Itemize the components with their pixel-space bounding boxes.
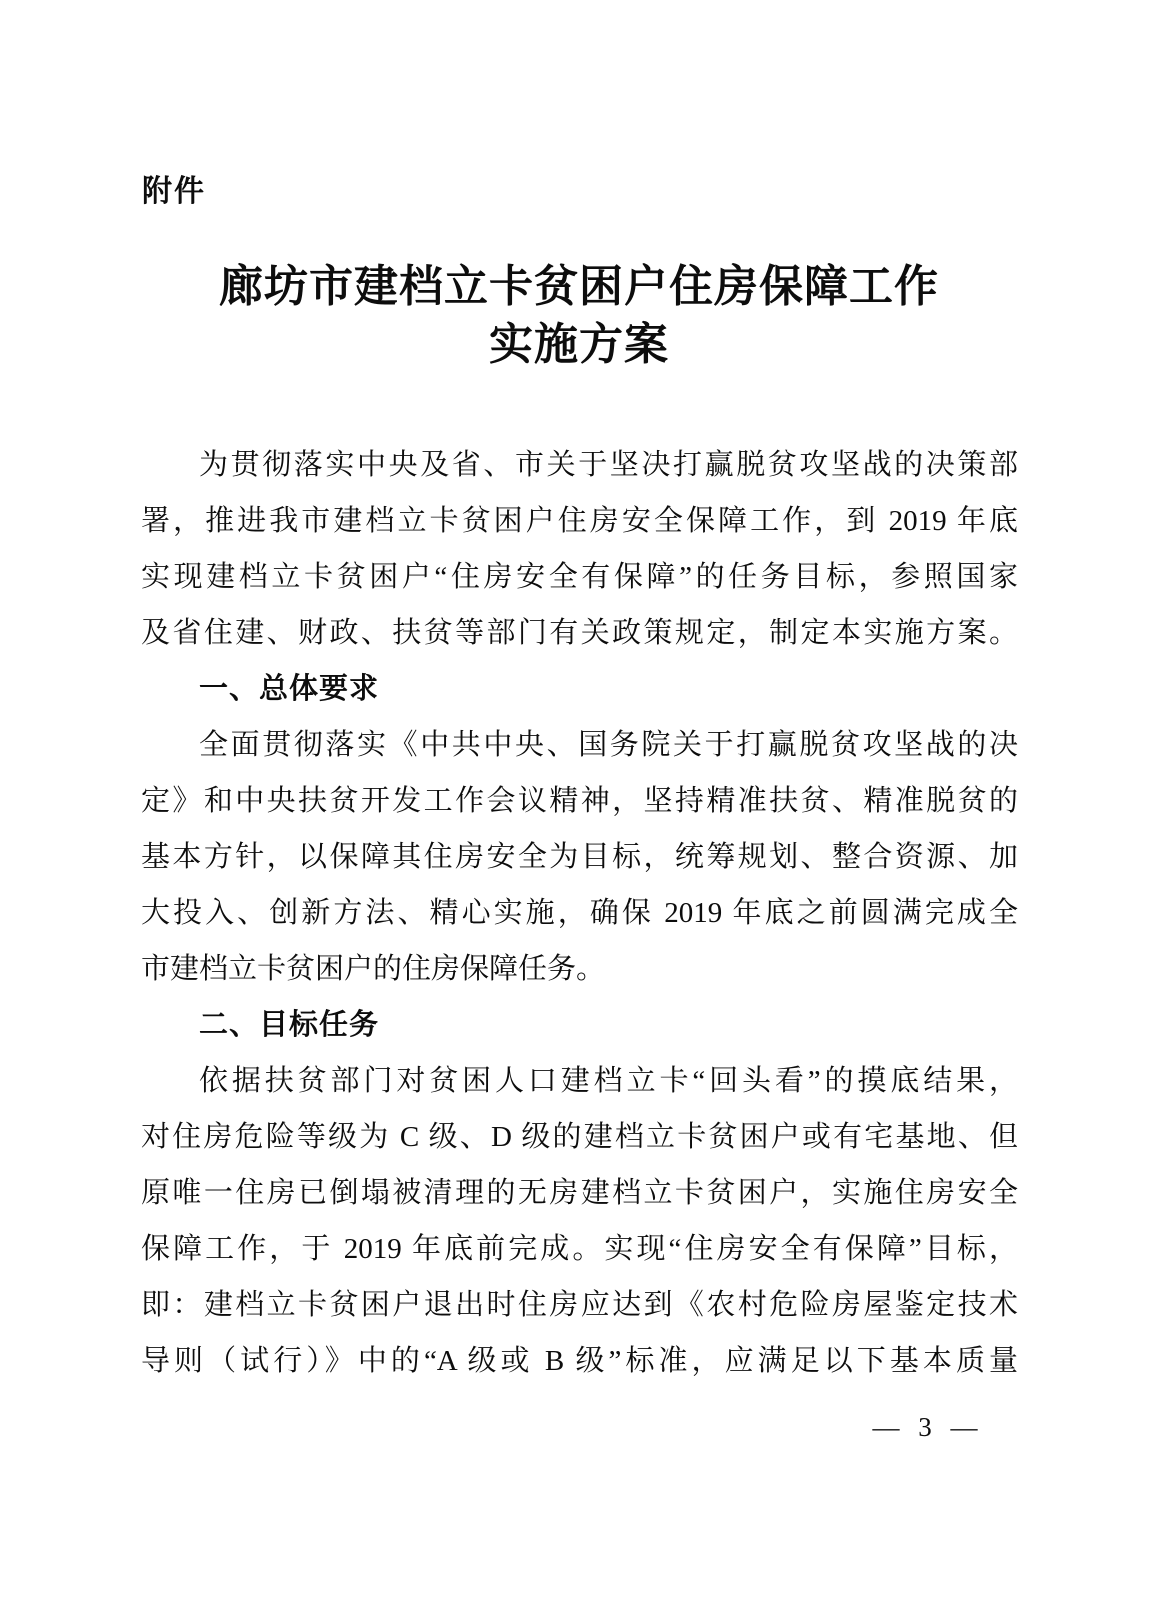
body-line: 定》和中央扶贫开发工作会议精神，坚持精准扶贫、精准脱贫的 [141, 773, 1018, 829]
body-line: 全面贯彻落实《中共中央、国务院关于打赢脱贫攻坚战的决 [141, 717, 1018, 773]
document-title-line2: 实施方案 [489, 320, 669, 369]
body-line: 依据扶贫部门对贫困人口建档立卡“回头看”的摸底结果， [141, 1053, 1018, 1109]
page-number: — 3 — [838, 1412, 1018, 1443]
body-line: 及省住建、财政、扶贫等部门有关政策规定，制定本实施方案。 [141, 605, 1018, 661]
body-line: 保障工作，于 2019 年底前完成。实现“住房安全有保障”目标， [141, 1221, 1018, 1277]
body-line: 大投入、创新方法、精心实施，确保 2019 年底之前圆满完成全 [141, 885, 1018, 941]
body-line: 署，推进我市建档立卡贫困户住房安全保障工作，到 2019 年底 [141, 493, 1018, 549]
body-line: 原唯一住房已倒塌被清理的无房建档立卡贫困户，实施住房安全 [141, 1165, 1018, 1221]
body-line: 导则（试行）》中的“A 级或 B 级”标准，应满足以下基本质量 [141, 1333, 1018, 1389]
body-line: 为贯彻落实中央及省、市关于坚决打赢脱贫攻坚战的决策部 [141, 437, 1018, 493]
document-body: 为贯彻落实中央及省、市关于坚决打赢脱贫攻坚战的决策部 署，推进我市建档立卡贫困户… [141, 437, 1018, 1389]
document-title: 廊坊市建档立卡贫困户住房保障工作 实施方案 [140, 258, 1018, 374]
body-line: 基本方针，以保障其住房安全为目标，统筹规划、整合资源、加 [141, 829, 1018, 885]
section-heading-1: 一、总体要求 [141, 661, 1018, 717]
document-page: 附件 廊坊市建档立卡贫困户住房保障工作 实施方案 为贯彻落实中央及省、市关于坚决… [0, 0, 1163, 1600]
body-line: 市建档立卡贫困户的住房保障任务。 [141, 941, 1018, 997]
body-line: 实现建档立卡贫困户“住房安全有保障”的任务目标，参照国家 [141, 549, 1018, 605]
document-title-line1: 廊坊市建档立卡贫困户住房保障工作 [219, 262, 939, 311]
body-line: 即：建档立卡贫困户退出时住房应达到《农村危险房屋鉴定技术 [141, 1277, 1018, 1333]
section-heading-2: 二、目标任务 [141, 997, 1018, 1053]
attachment-label: 附件 [142, 166, 206, 210]
body-line: 对住房危险等级为 C 级、D 级的建档立卡贫困户或有宅基地、但 [141, 1109, 1018, 1165]
